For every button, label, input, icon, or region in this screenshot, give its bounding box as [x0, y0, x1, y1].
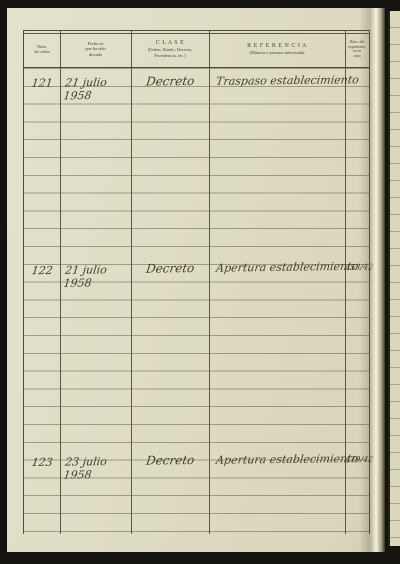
cell-referencia: Apertura establecimiento: [207, 256, 346, 282]
header-line: de orden: [34, 49, 50, 55]
cell-clase: Decreto: [129, 450, 210, 475]
adjacent-page-edge: [388, 11, 400, 546]
table-row: 122 21 julio 1958 Decreto Apertura estab…: [22, 256, 370, 285]
header-num-orden: Núm. de orden: [24, 31, 60, 67]
cell-num-orden: 123: [22, 452, 61, 476]
cell-num-orden: 122: [22, 260, 61, 285]
book-binding-gutter: [359, 8, 385, 552]
header-clase: C L A S E (Orden, Bando, Decreto, Provid…: [131, 31, 209, 67]
header-fecha: Fecha en que ha sido dictado: [60, 31, 131, 67]
cell-num-orden: 121: [22, 72, 61, 96]
ledger-page: Núm. de orden Fecha en que ha sido dicta…: [7, 8, 385, 552]
cell-clase: Decreto: [129, 258, 210, 283]
cell-referencia: Traspaso establecimiento: [207, 69, 346, 94]
table-row: 123 23 julio 1958 Decreto Apertura estab…: [22, 448, 370, 476]
header-line: Providencia, etc.): [154, 53, 186, 59]
cell-referencia: Apertura establecimiento: [207, 448, 346, 474]
table-row: 121 21 julio 1958 Decreto Traspaso estab…: [22, 69, 370, 97]
cell-fecha: 21 julio 1958: [58, 72, 132, 97]
table-header-row: Núm. de orden Fecha en que ha sido dicta…: [24, 31, 369, 68]
header-line: C L A S E: [156, 40, 185, 47]
header-line: (Materia o persona interesada): [250, 50, 305, 56]
cell-fecha: 21 julio 1958: [58, 259, 132, 284]
header-line: dictado: [89, 52, 102, 58]
registry-table: Núm. de orden Fecha en que ha sido dicta…: [23, 30, 370, 534]
cell-fecha: 23 julio 1958: [58, 451, 132, 476]
header-line: R E F E R E N C I A: [247, 43, 307, 50]
cell-clase: Decreto: [129, 71, 210, 96]
header-referencia: R E F E R E N C I A (Materia o persona i…: [209, 31, 345, 67]
